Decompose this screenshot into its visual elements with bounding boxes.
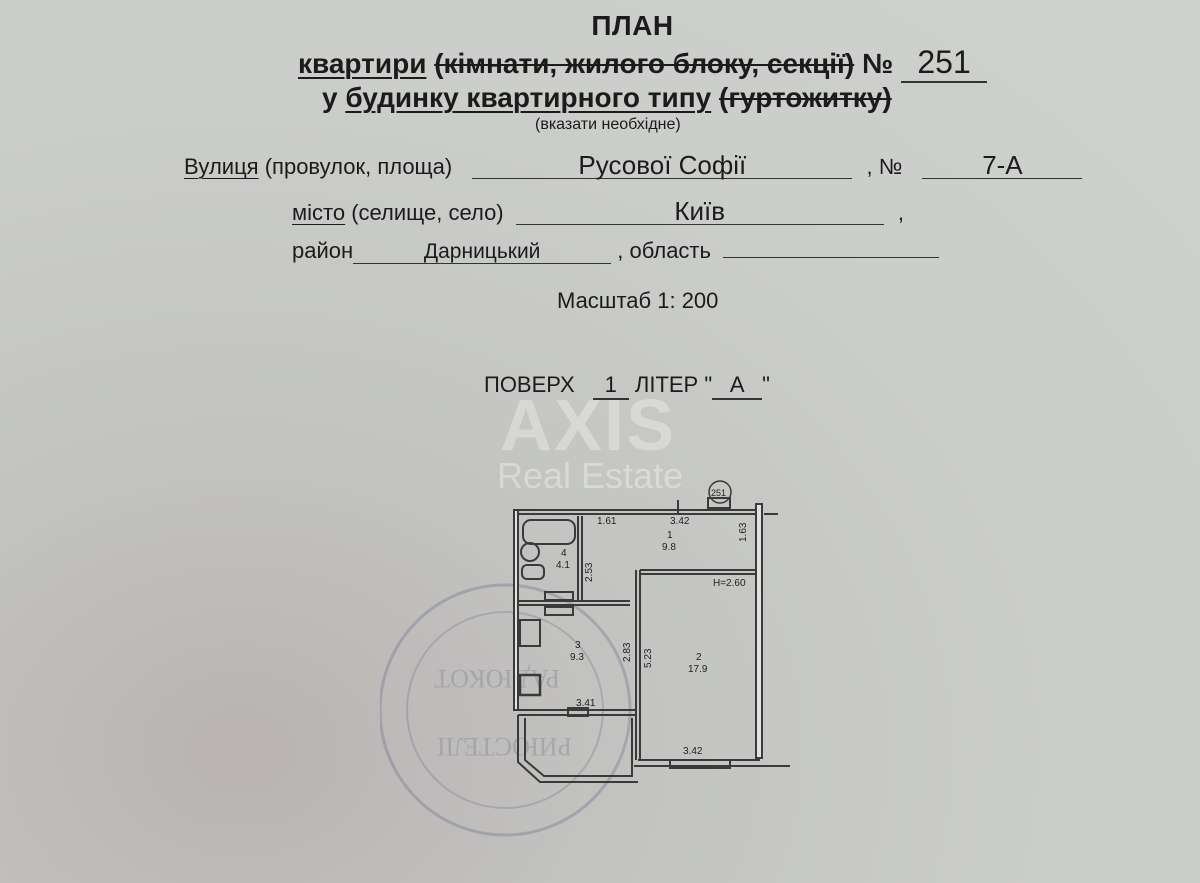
dim-3-42-bottom: 3.42: [683, 746, 703, 757]
city-row: місто (селище, село) Київ ,: [292, 198, 904, 226]
room-4-area: 4.1: [556, 560, 570, 571]
street-hint: (провулок, площа): [265, 154, 453, 179]
house-number-label: , №: [866, 154, 902, 179]
city-hint: (селище, село): [351, 200, 503, 225]
apartment-tag: 251: [711, 488, 726, 498]
floor-label: ПОВЕРХ: [484, 372, 575, 397]
struck-room-types: (кімнати, жилого блоку, секції): [434, 48, 854, 79]
liter-value: А: [712, 372, 762, 400]
apartment-word: квартири: [298, 48, 426, 79]
dim-2-83: 2.83: [622, 642, 633, 662]
room-2-area: 17.9: [688, 664, 708, 675]
liter-label: ЛІТЕР ": [635, 372, 712, 397]
dim-5-23: 5.23: [643, 648, 654, 668]
title-line-1: квартири (кімнати, жилого блоку, секції)…: [298, 44, 987, 83]
apartment-number: 251: [901, 44, 987, 83]
city-label: місто: [292, 200, 345, 225]
dim-3-41: 3.41: [576, 698, 596, 709]
struck-dormitory: (гуртожитку): [719, 82, 892, 113]
floor-value: 1: [593, 372, 629, 400]
district-row: районДарницький , область: [292, 238, 939, 264]
district-label: район: [292, 238, 353, 263]
hint-text: (вказати необхідне): [535, 116, 681, 134]
building-type: будинку квартирного типу: [345, 82, 711, 113]
room-1-number: 1: [667, 530, 673, 541]
room-3-number: 3: [575, 640, 581, 651]
floor-row: ПОВЕРХ 1 ЛІТЕР "А": [484, 372, 770, 400]
dim-1-63: 1.63: [738, 522, 749, 542]
street-value: Русової Софії: [472, 152, 852, 179]
scale-label: Масштаб 1: 200: [557, 288, 718, 314]
dim-1-61: 1.61: [597, 516, 617, 527]
region-value: [723, 257, 939, 258]
house-number-value: 7-А: [922, 152, 1082, 179]
title-line-2: у будинку квартирного типу (гуртожитку): [322, 82, 892, 114]
room-4-number: 4: [561, 548, 567, 559]
prefix: у: [322, 82, 338, 113]
liter-close: ": [762, 372, 770, 397]
dim-2-53: 2.53: [584, 562, 595, 582]
document-title: ПЛАН: [0, 10, 1200, 42]
floor-plan: РАДЮКОТ РИЮСТЕЛІ: [380, 470, 820, 880]
region-label: , область: [617, 238, 711, 263]
district-value: Дарницький: [353, 241, 611, 264]
ceiling-height: H=2.60: [713, 578, 746, 589]
room-2-number: 2: [696, 652, 702, 663]
city-suffix: ,: [898, 200, 904, 225]
room-1-area: 9.8: [662, 542, 676, 553]
stamp-line-2: РИЮСТЕЛІ: [437, 732, 572, 761]
room-3-area: 9.3: [570, 652, 584, 663]
dim-3-42-top: 3.42: [670, 516, 690, 527]
number-label: №: [862, 48, 893, 79]
city-value: Київ: [516, 198, 884, 225]
street-row: Вулиця (провулок, площа) Русової Софії ,…: [184, 152, 1082, 180]
street-label: Вулиця: [184, 154, 259, 179]
